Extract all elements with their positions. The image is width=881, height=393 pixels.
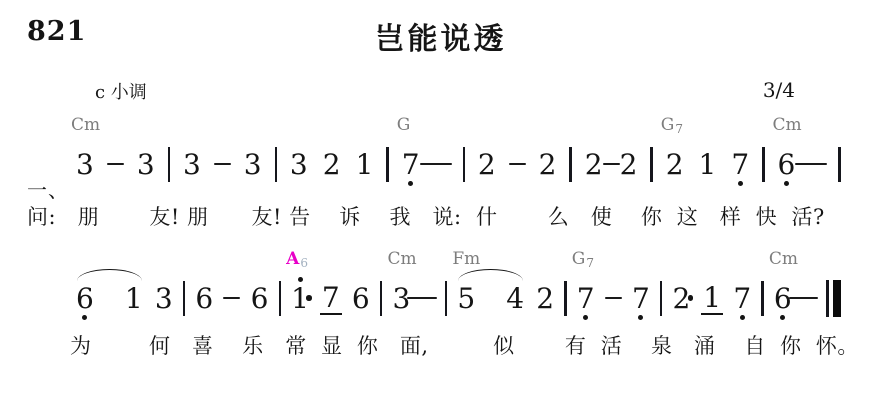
key-signature: c 小调: [95, 78, 147, 104]
octave-dot-below: [780, 315, 785, 320]
note-digit: 2: [618, 149, 640, 180]
note-digit: 1: [354, 149, 376, 180]
chord-label: G7: [572, 251, 593, 269]
note-cell: 7: [729, 142, 751, 187]
note-digit: 3: [74, 149, 96, 180]
final-barline-thick: [833, 280, 841, 317]
note-digit: 6: [193, 283, 215, 314]
octave-dot-below: [738, 181, 743, 186]
note-digit: 7: [575, 283, 597, 314]
note-cell: 7G7: [575, 276, 597, 321]
note-digit: 2: [476, 149, 498, 180]
octave-dot-below: [583, 315, 588, 320]
music-line-1: 3Cm3333217G22222G7176Cm: [0, 140, 881, 188]
note-cell: 5Fm: [455, 276, 477, 321]
note-cell: 2: [537, 142, 559, 187]
sustain-dash: [435, 163, 452, 166]
note-digit: 1: [123, 283, 145, 314]
chord-root: Cm: [773, 115, 802, 135]
sheet-music-page: 821 岂能说透 c 小调 3/4 3Cm3333217G22222G7176C…: [0, 0, 881, 393]
barline: [380, 281, 382, 316]
note-digit: 6: [776, 149, 798, 180]
octave-dot-below: [740, 315, 745, 320]
barline: [445, 281, 447, 316]
barline: [183, 281, 185, 316]
verse-label: 一、: [27, 174, 69, 203]
chord-label: Cm: [773, 117, 802, 134]
music-line-block-2: 613661A6763Cm5Fm427G772176Cm: [0, 246, 881, 322]
octave-dot-below: [784, 181, 789, 186]
barline: [762, 147, 764, 182]
final-barline: [826, 280, 840, 317]
barline: [463, 147, 465, 182]
sustain-dash: [214, 163, 231, 166]
chord-sub: 7: [586, 256, 594, 270]
music-line-block-1: 3Cm3333217G22222G7176Cm: [0, 112, 881, 188]
note-cell: 2: [321, 142, 343, 187]
final-barline-thin: [826, 280, 828, 317]
octave-dot-below: [408, 181, 413, 186]
chord-root: Cm: [387, 249, 416, 269]
note-cell: 6Cm: [776, 142, 798, 187]
note-cell: 6Cm: [772, 276, 794, 321]
sustain-dash: [420, 297, 437, 300]
chord-root: G: [397, 115, 411, 135]
octave-dot-above: [298, 277, 303, 282]
note-cell: 1: [354, 142, 376, 187]
chord-label: G7: [661, 117, 682, 135]
chord-root: G: [661, 115, 675, 135]
note-cell: 1A6: [289, 276, 311, 321]
song-title: 岂能说透: [0, 14, 881, 58]
note-digit: 1: [289, 283, 311, 314]
note-digit: 3: [135, 149, 157, 180]
note-cell: 3: [181, 142, 203, 187]
note-digit: 1: [701, 282, 723, 315]
chord-label: Fm: [452, 251, 480, 268]
barline: [650, 147, 652, 182]
note-cell: 2G7: [664, 142, 686, 187]
sustain-dash: [509, 163, 526, 166]
meta-row: c 小调 3/4: [0, 78, 881, 104]
note-digit: 6: [772, 283, 794, 314]
chord-root: Cm: [71, 115, 100, 135]
barline: [168, 147, 170, 182]
note-digit: 1: [697, 149, 719, 180]
chord-sub: 6: [300, 256, 308, 270]
note-cell: 4: [504, 276, 526, 321]
barline: [660, 281, 662, 316]
note-digit: 5: [455, 283, 477, 314]
chord-label: A6: [286, 251, 307, 269]
note-digit: 3: [242, 149, 264, 180]
note-digit: 4: [504, 283, 526, 314]
note-digit: 7: [630, 283, 652, 314]
note-digit: 3: [181, 149, 203, 180]
barline: [569, 147, 571, 182]
barline: [386, 147, 388, 182]
note-digit: 2: [664, 149, 686, 180]
chord-root: G: [572, 249, 586, 269]
chord-sub: 7: [675, 122, 683, 136]
note-cell: 3: [153, 276, 175, 321]
note-cell: 6: [350, 276, 372, 321]
octave-dot-below: [638, 315, 643, 320]
chord-label: Cm: [71, 117, 100, 134]
note-cell: 2: [618, 142, 640, 187]
note-cell: 2: [583, 142, 605, 187]
barline: [838, 147, 840, 182]
note-cell: 1: [697, 142, 719, 187]
note-cell: 7: [731, 276, 753, 321]
chord-label: G: [397, 117, 411, 134]
note-cell: 1: [701, 275, 723, 322]
note-digit: 3: [153, 283, 175, 314]
note-cell: 7: [630, 276, 652, 321]
note-cell: 3: [288, 142, 310, 187]
barline: [761, 281, 763, 316]
sustain-dash: [801, 297, 818, 300]
note-cell: 6: [249, 276, 271, 321]
note-cell: 1: [123, 276, 145, 321]
lyric-line-1: 问: 朋 友! 朋 友! 告 诉 我 说: 什 么 使 你 这 样 快 活?: [27, 201, 871, 231]
note-digit: 6: [350, 283, 372, 314]
note-cell: 7G: [400, 142, 422, 187]
chord-label: Cm: [769, 251, 798, 268]
sustain-dash: [605, 297, 622, 300]
barline: [275, 147, 277, 182]
note-cell: 2: [671, 276, 693, 321]
note-digit: 2: [671, 283, 693, 314]
slur-group: 61: [74, 276, 145, 321]
note-cell: 3Cm: [74, 142, 96, 187]
note-cell: 6: [74, 276, 96, 321]
note-digit: 6: [249, 283, 271, 314]
note-digit: 7: [731, 283, 753, 314]
note-digit: 7: [729, 149, 751, 180]
chord-root: Cm: [769, 249, 798, 269]
note-cell: 2: [534, 276, 556, 321]
note-cell: 3: [135, 142, 157, 187]
note-digit: 3: [288, 149, 310, 180]
note-digit: 2: [537, 149, 559, 180]
sustain-dash: [420, 163, 437, 166]
note-digit: 2: [321, 149, 343, 180]
note-cell: 3Cm: [390, 276, 412, 321]
slur-group: 5Fm4: [455, 276, 526, 321]
barline: [564, 281, 566, 316]
note-cell: 7: [320, 275, 342, 322]
octave-dot-below: [82, 315, 87, 320]
music-line-2: 613661A6763Cm5Fm427G772176Cm: [0, 274, 881, 322]
note-digit: 2: [583, 149, 605, 180]
chord-root: Fm: [452, 249, 480, 269]
note-cell: 2: [476, 142, 498, 187]
note-cell: 3: [242, 142, 264, 187]
note-digit: 2: [534, 283, 556, 314]
lyric-line-2: 为 何 喜 乐 常 显 你 面, 似 有 活 泉 涌 自 你 怀。: [27, 330, 871, 360]
note-digit: 6: [74, 283, 96, 314]
chord-label: Cm: [387, 251, 416, 268]
note-digit: 7: [320, 282, 342, 315]
time-signature: 3/4: [763, 78, 795, 104]
chord-root: A: [286, 249, 299, 269]
sustain-dash: [223, 297, 240, 300]
sustain-dash: [107, 163, 124, 166]
sustain-dash: [810, 163, 827, 166]
note-cell: 6: [193, 276, 215, 321]
note-digit: 7: [400, 149, 422, 180]
barline: [279, 281, 281, 316]
note-digit: 3: [390, 283, 412, 314]
